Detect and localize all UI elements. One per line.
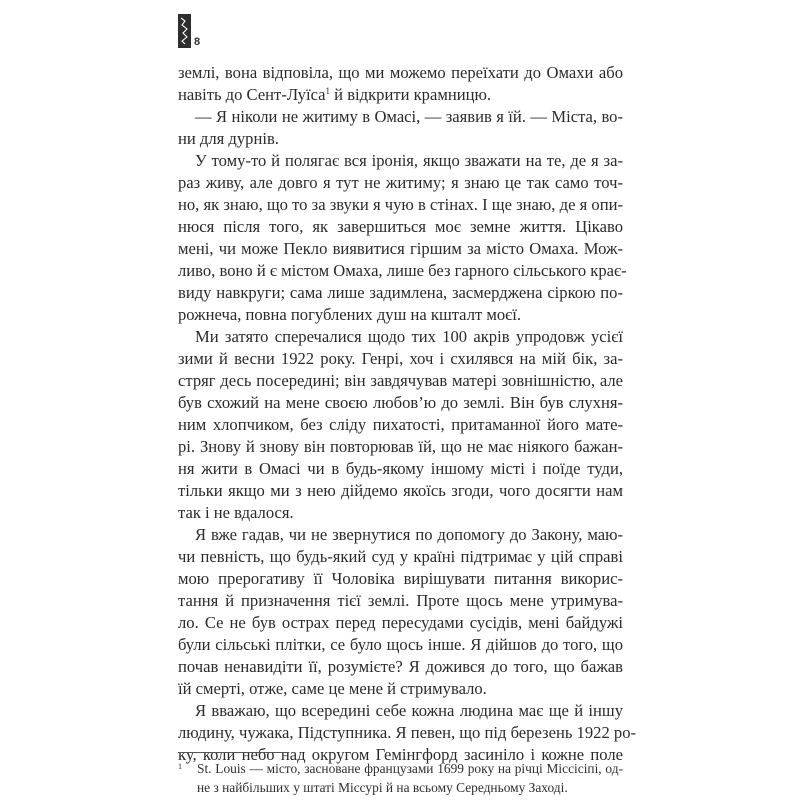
- text-line: рожнеча, повна погублених душ на кшталт …: [178, 304, 623, 326]
- text-line: землі, вона відповіла, що ми можемо пере…: [178, 62, 623, 84]
- chapter-mark-icon: [178, 14, 191, 48]
- text-line: раз живу, але довго я тут не житиму; я з…: [178, 172, 623, 194]
- text-line: були сільські плітки, се було щось інше.…: [178, 634, 623, 656]
- footnote-body: St. Louis — місто, засноване французами …: [197, 759, 623, 797]
- text-line: ни для дурнів.: [178, 128, 623, 150]
- text-line: ня жити в Омасі чи в будь-якому іншому м…: [178, 458, 623, 480]
- text-line: навіть до Сент-Луїса1 й відкрити крамниц…: [178, 84, 623, 106]
- footnote: 1 St. Louis — місто, засноване французам…: [178, 759, 623, 797]
- page-header: 8: [178, 12, 200, 48]
- text-line: їй смерті, отже, саме це мене й стримува…: [178, 678, 623, 700]
- text-line: був схожий на мене своєю любов’ю до земл…: [178, 392, 623, 414]
- text-line: ло. Се не був острах перед пересудами су…: [178, 612, 623, 634]
- text-line: Я вважаю, що всередині себе кожна людина…: [178, 700, 623, 722]
- text-line: Я вже гадав, чи не звернутися по допомог…: [178, 524, 623, 546]
- text-line: так і не вдалося.: [178, 502, 623, 524]
- text-line: стряг десь посередині; він завдячував ма…: [178, 370, 623, 392]
- text-line: но, як знаю, що то за звуки я чую в стін…: [178, 194, 623, 216]
- body-text: землі, вона відповіла, що ми можемо пере…: [178, 62, 623, 766]
- text-line: Ми затято сперечалися щодо тих 100 акрів…: [178, 326, 623, 348]
- page-number: 8: [194, 37, 200, 48]
- footnote-line: St. Louis — місто, засноване французами …: [197, 759, 623, 778]
- text-line: людину, чужака, Підступника. Я певен, що…: [178, 722, 623, 744]
- book-page: 8 землі, вона відповіла, що ми можемо пе…: [0, 0, 800, 800]
- text-line: тільки якщо ми з нею дійдемо якоїсь згод…: [178, 480, 623, 502]
- text-line: ливо, воно й є містом Омаха, лише без га…: [178, 260, 623, 282]
- text-fragment: й відкрити крамницю.: [330, 85, 491, 104]
- footnote-line: не з найбільших у штаті Міссурі й на всь…: [197, 778, 623, 797]
- text-line: ним хлопчиком, без сліду пихатості, прит…: [178, 414, 623, 436]
- text-line: виду навкруги; сама лише задимлена, засм…: [178, 282, 623, 304]
- text-line: почав ненавидіти її, розумієте? Я доживс…: [178, 656, 623, 678]
- text-line: нюся після того, як завершиться моє земн…: [178, 216, 623, 238]
- text-line: рі. Знову й знову він повторював їй, що …: [178, 436, 623, 458]
- text-line: зими й весни 1922 року. Генрі, хоч і схи…: [178, 348, 623, 370]
- text-fragment: навіть до Сент-Луїса: [178, 85, 326, 104]
- footnote-marker: 1: [178, 757, 182, 776]
- footnote-divider: [178, 752, 289, 753]
- text-line: чи певність, що будь-який суд у країні п…: [178, 546, 623, 568]
- text-line: тання й призначення тієї землі. Проте що…: [178, 590, 623, 612]
- text-line: мені, чи може Пекло виявитися гіршим за …: [178, 238, 623, 260]
- text-line: мою прерогативу її Чоловіка вирішувати п…: [178, 568, 623, 590]
- text-line: — Я ніколи не житиму в Омасі, — заявив я…: [178, 106, 623, 128]
- text-line: У тому-то й полягає вся іронія, якщо зва…: [178, 150, 623, 172]
